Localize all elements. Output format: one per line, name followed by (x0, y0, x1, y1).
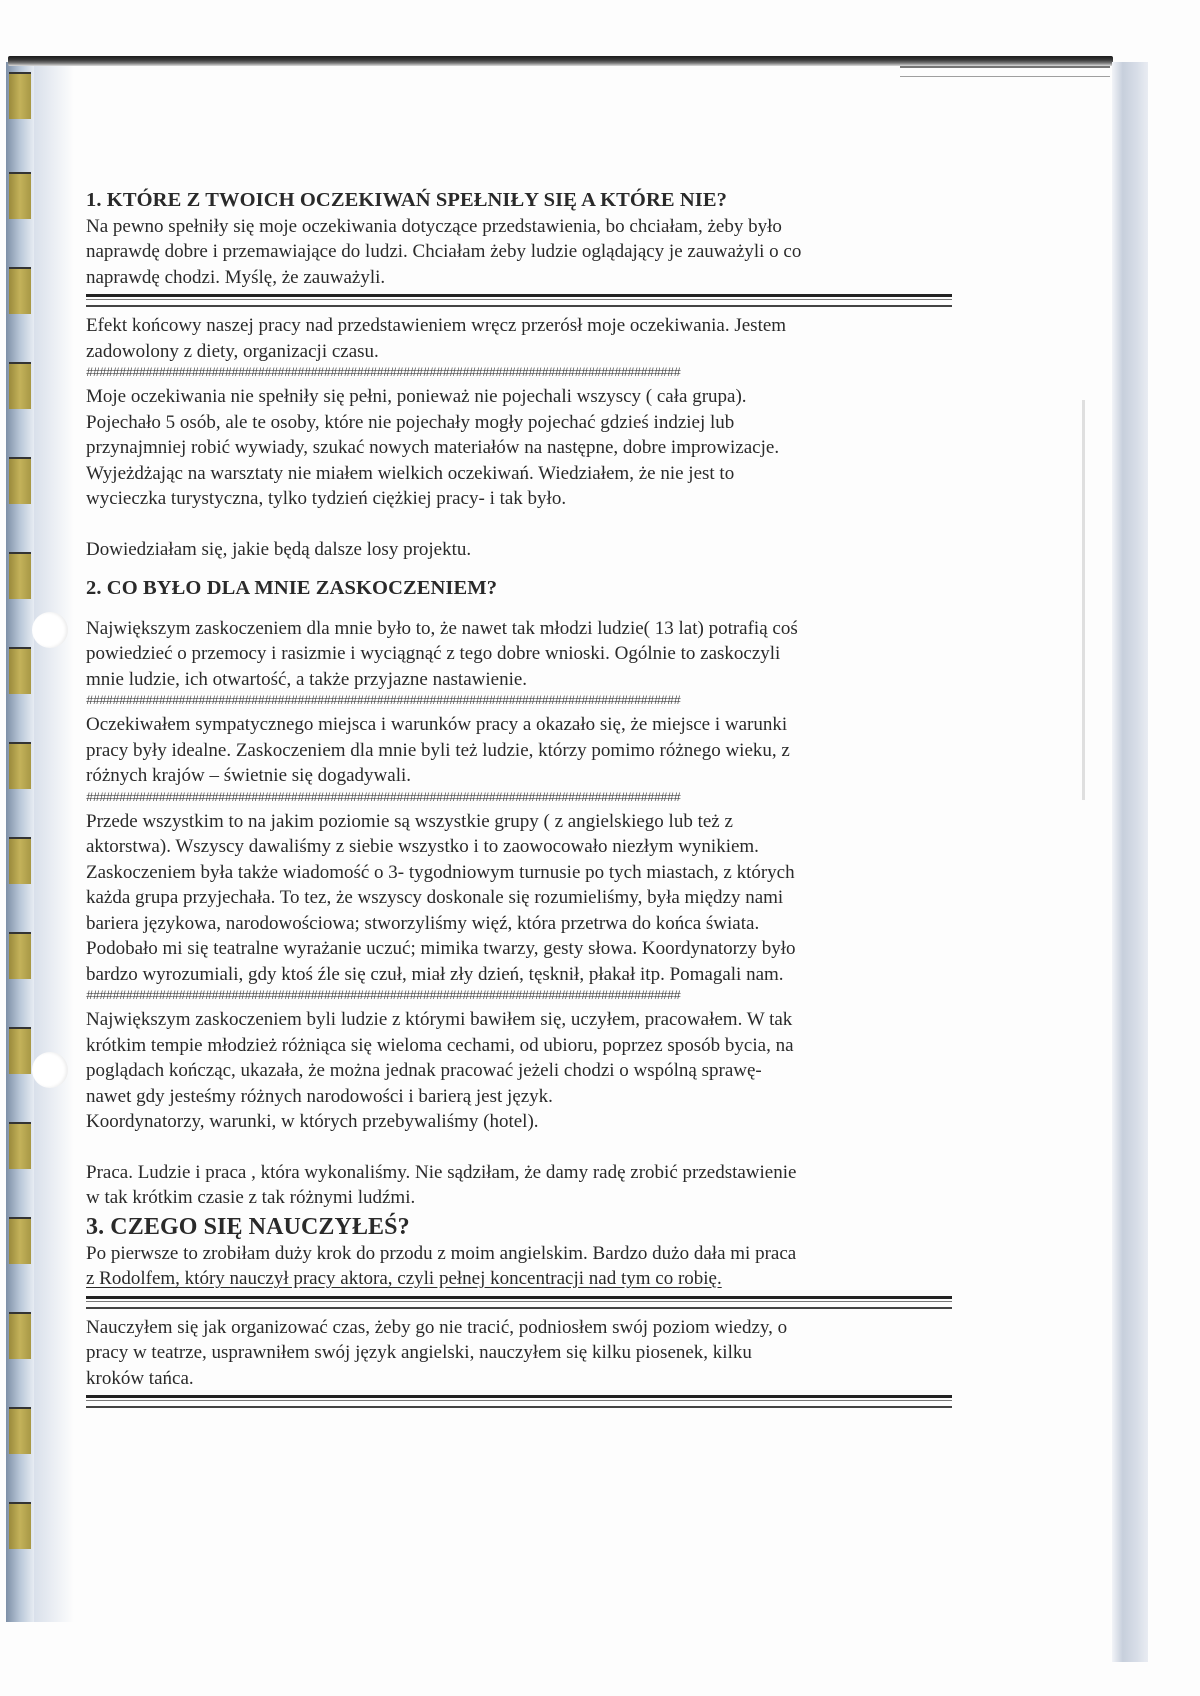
text-line: Po pierwsze to zrobiłam duży krok do prz… (86, 1241, 946, 1267)
text-line: naprawdę dobre i przemawiające do ludzi.… (86, 239, 946, 265)
text-line: poglądach kończąc, ukazała, że można jed… (86, 1058, 946, 1084)
text-line: kroków tańca. (86, 1366, 946, 1392)
section-heading-1: 1. KTÓRE Z TWOICH OCZEKIWAŃ SPEŁNIŁY SIĘ… (86, 188, 946, 214)
punch-hole (32, 1052, 68, 1088)
text-line: powiedzieć o przemocy i rasizmie i wycią… (86, 641, 946, 667)
text-line: pracy w teatrze, usprawniłem swój język … (86, 1340, 946, 1366)
text-line: nawet gdy jesteśmy różnych narodowości i… (86, 1084, 946, 1110)
text-line: krótkim tempie młodzież różniąca się wie… (86, 1033, 946, 1059)
text-line: każda grupa przyjechała. To tez, że wszy… (86, 885, 946, 911)
double-line-separator (86, 294, 952, 307)
binding-shadow (34, 62, 74, 1622)
text-line: Największym zaskoczeniem dla mnie było t… (86, 616, 946, 642)
text-line: naprawdę chodzi. Myślę, że zauważyli. (86, 265, 946, 291)
hash-separator: ########################################… (86, 694, 952, 708)
page-right-edge (1112, 62, 1148, 1662)
answer-block: Największym zaskoczeniem byli ludzie z k… (86, 1007, 946, 1135)
double-line-separator (86, 1395, 952, 1408)
spacer (86, 1135, 946, 1160)
answer-block: Największym zaskoczeniem dla mnie było t… (86, 616, 946, 693)
answer-block: Moje oczekiwania nie spełniły się pełni,… (86, 384, 946, 512)
text-line: zadowolony z diety, organizacji czasu. (86, 339, 946, 365)
hash-separator: ########################################… (86, 366, 952, 380)
text-line: Moje oczekiwania nie spełniły się pełni,… (86, 384, 946, 410)
text-line: Zaskoczeniem była także wiadomość o 3- t… (86, 860, 946, 886)
text-line: bardzo wyrozumiali, gdy ktoś źle się czu… (86, 962, 946, 988)
text-line: Wyjeżdżając na warsztaty nie miałem wiel… (86, 461, 946, 487)
text-line: Pojechało 5 osób, ale te osoby, które ni… (86, 410, 946, 436)
text-line: bariera językowa, narodowościowa; stworz… (86, 911, 946, 937)
punch-hole (32, 612, 68, 648)
answer-block: Po pierwsze to zrobiłam duży krok do prz… (86, 1241, 946, 1292)
spacer (86, 512, 946, 537)
text-line: przynajmniej robić wywiady, szukać nowyc… (86, 435, 946, 461)
page-top-edge (8, 56, 1113, 66)
text-line: Praca. Ludzie i praca , która wykonaliśm… (86, 1160, 946, 1186)
spacer (86, 562, 946, 576)
answer-block: Na pewno spełniły się moje oczekiwania d… (86, 214, 946, 291)
section-heading-2: 2. CO BYŁO DLA MNIE ZASKOCZENIEM? (86, 576, 946, 602)
text-line: pracy były idealne. Zaskoczeniem dla mni… (86, 738, 946, 764)
page-top-edge-fold (900, 66, 1110, 77)
text-line: Efekt końcowy naszej pracy nad przedstaw… (86, 313, 946, 339)
text-line: Nauczyłem się jak organizować czas, żeby… (86, 1315, 946, 1341)
text-line: Na pewno spełniły się moje oczekiwania d… (86, 214, 946, 240)
answer-block: Dowiedziałam się, jakie będą dalsze losy… (86, 537, 946, 563)
answer-block: Nauczyłem się jak organizować czas, żeby… (86, 1315, 946, 1392)
hash-separator: ########################################… (86, 989, 952, 1003)
answer-block: Przede wszystkim to na jakim poziomie są… (86, 809, 946, 988)
text-line: Koordynatorzy, warunki, w których przeby… (86, 1109, 946, 1135)
text-line: mnie ludzie, ich otwartość, a także przy… (86, 667, 946, 693)
text-line: różnych krajów – świetnie się dogadywali… (86, 763, 946, 789)
text-line: Podobało mi się teatralne wyrażanie uczu… (86, 936, 946, 962)
text-line: wycieczka turystyczna, tylko tydzień cię… (86, 486, 946, 512)
answer-block: Praca. Ludzie i praca , która wykonaliśm… (86, 1160, 946, 1211)
ring-binding-edge (6, 62, 34, 1622)
double-line-separator (86, 1296, 952, 1309)
answer-block: Efekt końcowy naszej pracy nad przedstaw… (86, 313, 946, 364)
text-line: z Rodolfem, który nauczył pracy aktora, … (86, 1266, 946, 1292)
text-line: Dowiedziałam się, jakie będą dalsze losy… (86, 537, 946, 563)
hash-separator: ########################################… (86, 791, 952, 805)
spacer (86, 602, 946, 616)
answer-block: Oczekiwałem sympatycznego miejsca i waru… (86, 712, 946, 789)
text-line: aktorstwa). Wszyscy dawaliśmy z siebie w… (86, 834, 946, 860)
text-line: w tak krótkim czasie z tak różnymi ludźm… (86, 1185, 946, 1211)
document-body: 1. KTÓRE Z TWOICH OCZEKIWAŃ SPEŁNIŁY SIĘ… (86, 188, 946, 1414)
text-line: Oczekiwałem sympatycznego miejsca i waru… (86, 712, 946, 738)
page-right-crease (1082, 400, 1085, 800)
text-line: Największym zaskoczeniem byli ludzie z k… (86, 1007, 946, 1033)
text-line: Przede wszystkim to na jakim poziomie są… (86, 809, 946, 835)
section-heading-3: 3. CZEGO SIĘ NAUCZYŁEŚ? (86, 1213, 946, 1241)
